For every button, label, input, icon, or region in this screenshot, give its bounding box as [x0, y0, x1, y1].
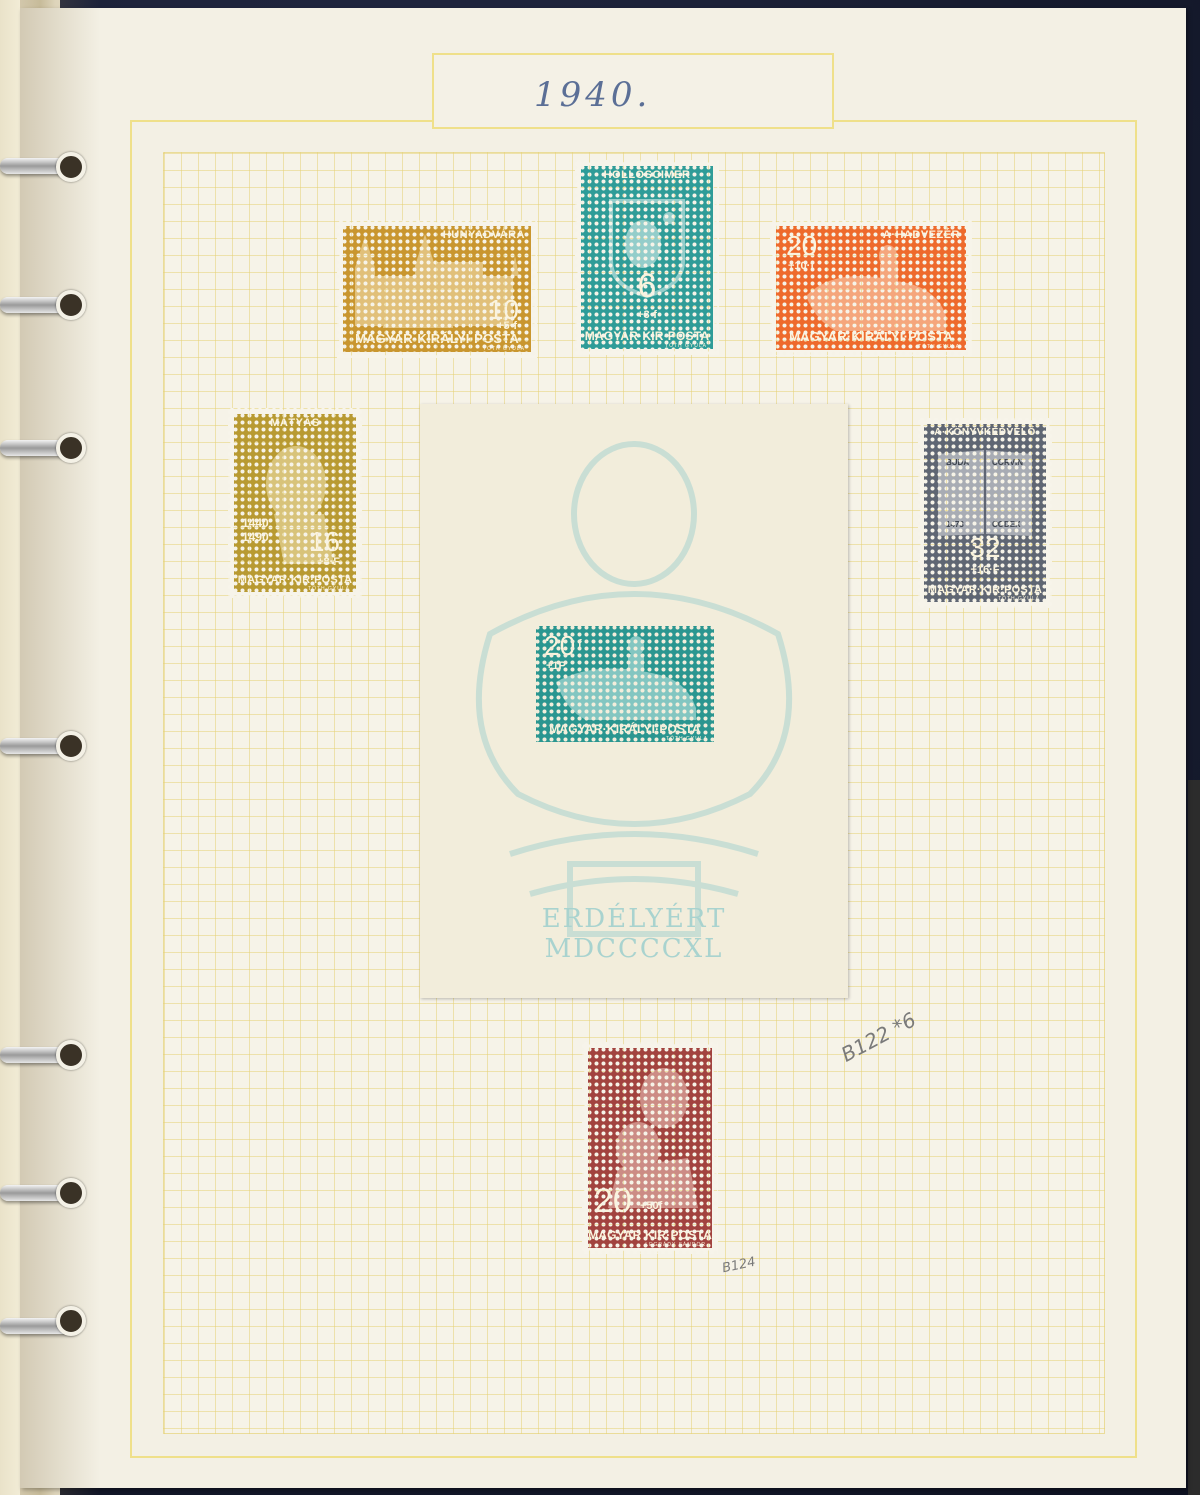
- stamp-value: 6: [581, 269, 713, 303]
- stamp-engraver: TÓTH GYULA: [998, 596, 1040, 602]
- stamp-engraver: TÓTH GYULA: [918, 344, 960, 350]
- stamp-title: HUNYADVÁRA: [343, 229, 525, 241]
- stamp-value-unit: f: [578, 638, 582, 650]
- punch-hole: [56, 1178, 86, 1208]
- stamp-engraver: TÓTH GYULA: [666, 736, 708, 742]
- stamp-surcharge: +16·F: [924, 564, 1046, 576]
- stamp-year-death: 1490: [242, 530, 269, 544]
- stamp-sheet-hadvezer[interactable]: 20 f +1P MAGYAR·KIRÁLYI·POSTA TÓTH GYULA: [530, 620, 720, 748]
- stamp-hadvezer[interactable]: 20 +10·f A·HADVEZÉR MAGYAR·KIRÁLYI·POSTA…: [770, 220, 972, 356]
- stamp-madonna[interactable]: 20 +50f MAGYAR KIR·POSTA LEGRÁDY SÁNDOR: [582, 1042, 718, 1254]
- stamp-surcharge: +50f: [640, 1200, 662, 1212]
- stamp-country: MAGYAR·KIR·POSTA: [924, 584, 1046, 596]
- stamp-hunyadvara[interactable]: HUNYADVÁRA 10 +5·f MAGYAR·KIRÁLYI·POSTA …: [337, 220, 537, 358]
- stamp-country: MAGYAR·KIRÁLYI·POSTA: [343, 331, 531, 346]
- punch-hole: [56, 731, 86, 761]
- stamp-year-birth: 1440: [242, 516, 269, 530]
- year-heading: 1940.: [534, 75, 651, 115]
- stamp-matyas[interactable]: MÁTYÁS 1440 1490 16 +8·F MAGYAR·KIR·POST…: [228, 408, 362, 598]
- stamp-country: MAGYAR·KIR·POSTA: [234, 574, 356, 586]
- stamp-surcharge: +1P: [546, 660, 566, 672]
- punch-hole: [56, 152, 86, 182]
- stamp-design: A·KÖNYVKEDVELŐ BUDA CORVIN 1473 CODEX 32…: [924, 424, 1046, 602]
- book-text: 1473: [946, 520, 964, 529]
- stamp-holloscimer[interactable]: HOLLÓSCIMER 6 +3·f MAGYAR·KIR·POSTA TÓTH…: [575, 160, 719, 355]
- book-text: BUDA: [946, 458, 969, 467]
- coat-of-arms-icon: [581, 166, 713, 349]
- stamp-design: HOLLÓSCIMER 6 +3·f MAGYAR·KIR·POSTA TÓTH…: [581, 166, 713, 349]
- stamp-value: 16: [309, 528, 340, 556]
- stamp-country: MAGYAR·KIRÁLYI·POSTA: [776, 329, 966, 344]
- stamp-title: A·KÖNYVKEDVELŐ: [924, 427, 1046, 438]
- stamp-country: MAGYAR KIR·POSTA: [588, 1228, 712, 1242]
- stamp-title: MÁTYÁS: [234, 417, 356, 429]
- stamp-title: HOLLÓSCIMER: [581, 169, 713, 181]
- stamp-design: MÁTYÁS 1440 1490 16 +8·F MAGYAR·KIR·POST…: [234, 414, 356, 592]
- stamp-engraver: TÓTH GYULA: [308, 586, 350, 592]
- stamp-country: MAGYAR·KIRÁLYI·POSTA: [536, 722, 714, 736]
- stamp-country: MAGYAR·KIR·POSTA: [581, 329, 713, 343]
- book-text: CODEX: [992, 520, 1020, 529]
- stamp-design: 20 +50f MAGYAR KIR·POSTA LEGRÁDY SÁNDOR: [588, 1048, 712, 1248]
- punch-hole: [56, 1040, 86, 1070]
- book-text: CORVIN: [992, 458, 1023, 467]
- punch-hole: [56, 433, 86, 463]
- stamp-design: 20 f +1P MAGYAR·KIRÁLYI·POSTA TÓTH GYULA: [536, 626, 714, 742]
- sheet-year-roman: MDCCCCXL: [420, 934, 848, 964]
- binder-edge: [1188, 780, 1200, 1495]
- stamp-surcharge: +3·f: [581, 309, 713, 321]
- stamp-design: HUNYADVÁRA 10 +5·f MAGYAR·KIRÁLYI·POSTA …: [343, 226, 531, 352]
- punch-hole: [56, 1306, 86, 1336]
- stamp-konyvkedvelo[interactable]: A·KÖNYVKEDVELŐ BUDA CORVIN 1473 CODEX 32…: [918, 418, 1052, 608]
- stamp-engraver: TÓTH GYULA: [483, 346, 525, 352]
- sheet-inscription: ERDÉLYÉRT: [420, 904, 848, 934]
- stamp-engraver: LEGRÁDY SÁNDOR: [645, 1242, 706, 1248]
- souvenir-sheet[interactable]: ERDÉLYÉRT MDCCCCXL 20 f +1P MAGYAR·KIRÁL…: [420, 404, 848, 998]
- year-heading-box: 1940.: [432, 53, 834, 129]
- stamp-engraver: TÓTH GYULA: [665, 343, 707, 349]
- stamp-value: 20: [544, 632, 575, 660]
- stamp-surcharge: +10·f: [788, 260, 814, 272]
- stamp-value: 20: [594, 1184, 632, 1218]
- stamp-surcharge: +8·F: [317, 556, 340, 568]
- stamp-design: 20 +10·f A·HADVEZÉR MAGYAR·KIRÁLYI·POSTA…: [776, 226, 966, 350]
- stamp-value: 32: [924, 534, 1046, 562]
- punch-hole: [56, 290, 86, 320]
- stamp-title: A·HADVEZÉR: [776, 229, 960, 241]
